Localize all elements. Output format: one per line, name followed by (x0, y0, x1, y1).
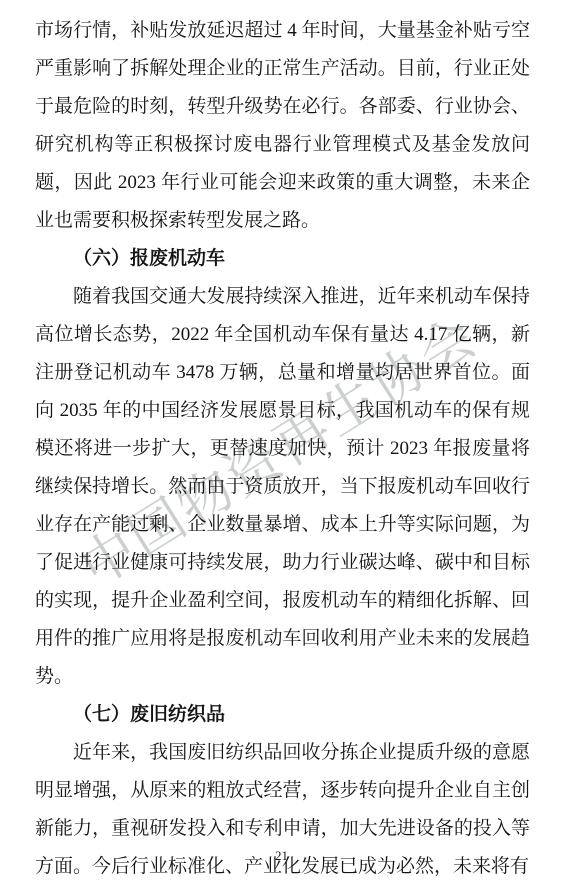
document-page: 中国物资再生协会 市场行情，补贴发放延迟超过 4 年时间，大量基金补贴亏空严重影… (0, 0, 563, 880)
section-heading-7: （七）废旧纺织品 (35, 696, 530, 734)
section-heading-6: （六）报废机动车 (35, 240, 530, 278)
page-number: 21 (0, 848, 563, 864)
section-6-paragraph: 随着我国交通大发展持续深入推进，近年来机动车保持高位增长态势，2022 年全国机… (35, 278, 530, 696)
page-content: 市场行情，补贴发放延迟超过 4 年时间，大量基金补贴亏空严重影响了拆解处理企业的… (35, 12, 530, 880)
paragraph-continued: 市场行情，补贴发放延迟超过 4 年时间，大量基金补贴亏空严重影响了拆解处理企业的… (35, 12, 530, 240)
